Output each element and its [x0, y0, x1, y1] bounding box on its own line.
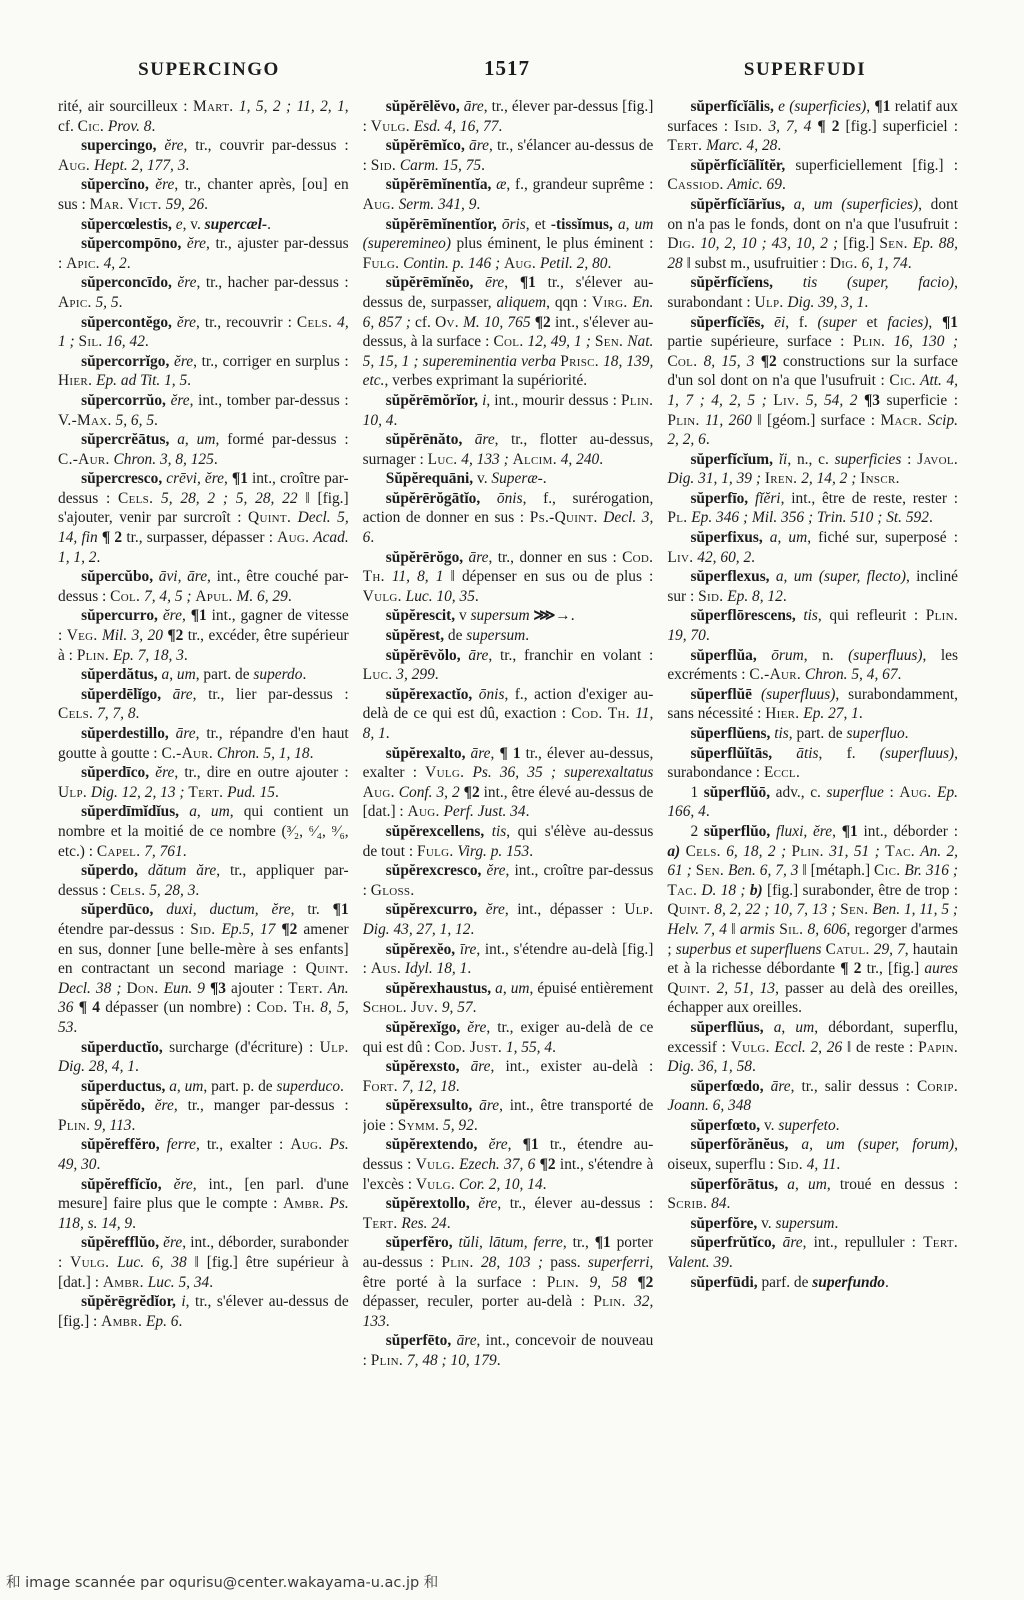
dictionary-entry: sŭperdīmĭdĭus, a, um, qui contient un no…	[58, 802, 349, 861]
dictionary-entry: 1 sŭperflŭō, adv., c. superflue : Aug. E…	[667, 783, 958, 822]
dictionary-entry: sŭpĕrexĕo, īre, int., s'étendre au-delà …	[363, 940, 654, 979]
dictionary-entry: sŭperfŏrănĕus, a, um (super, forum), ois…	[667, 1135, 958, 1174]
dictionary-entry: sŭpercresco, crēvi, ĕre, ¶1 int., croîtr…	[58, 469, 349, 567]
dictionary-entry: sŭpĕrexcurro, ĕre, int., dépasser : Ulp.…	[363, 900, 654, 939]
dictionary-entry: sŭpĕrērŏgo, āre, tr., donner en sus : Co…	[363, 548, 654, 607]
dictionary-entry: sŭperflōrescens, tis, qui refleurit : Pl…	[667, 606, 958, 645]
dictionary-entry: sŭpercrĕātus, a, um, formé par-dessus : …	[58, 430, 349, 469]
dictionary-entry: sŭperfēto, āre, int., concevoir de nouve…	[363, 1331, 654, 1370]
dictionary-entry: sŭpercĭno, ĕre, tr., chanter après, [ou]…	[58, 175, 349, 214]
dictionary-entry: sŭpĕrefflŭo, ĕre, int., déborder, surabo…	[58, 1233, 349, 1292]
dictionary-entry: sŭpĕrēnăto, āre, tr., flotter au-dessus,…	[363, 430, 654, 469]
dictionary-page: SUPERCINGO 1517 SUPERFUDI rité, air sour…	[0, 0, 1024, 1600]
guide-word-right: SUPERFUDI	[656, 59, 954, 81]
dictionary-entry: sŭperfĭcĭālis, e (superficies), ¶1 relat…	[667, 97, 958, 156]
column-right: sŭperfĭcĭālis, e (superficies), ¶1 relat…	[667, 97, 958, 1543]
dictionary-entry: sŭpĕrĕdo, ĕre, tr., manger par-dessus : …	[58, 1096, 349, 1135]
dictionary-entry: sŭpĕrexhaustus, a, um, épuisé entièremen…	[363, 979, 654, 1018]
dictionary-entry: sŭperfĭcĭum, ĭi, n., c. superficies : Ja…	[667, 450, 958, 489]
guide-word-left: SUPERCINGO	[60, 59, 358, 81]
dictionary-entry: sŭpĕrexcellens, tis, qui s'élève au-dess…	[363, 822, 654, 861]
dictionary-entry: sŭpĕrest, de supersum.	[363, 626, 654, 646]
dictionary-entry: sŭperflŭus, a, um, débordant, superflu, …	[667, 1018, 958, 1077]
dictionary-entry: sŭperfŏre, v. supersum.	[667, 1214, 958, 1234]
dictionary-entry: sŭpercurro, ĕre, ¶1 int., gagner de vite…	[58, 606, 349, 665]
column-center: sŭpĕrēlĕvo, āre, tr., élever par-dessus …	[363, 97, 654, 1543]
dictionary-entry: sŭpĕrēmĭnentĭor, ōris, et -tissĭmus, a, …	[363, 215, 654, 274]
dictionary-entry: sŭpĕrēmĭnentĭa, æ, f., grandeur suprême …	[363, 175, 654, 214]
dictionary-entry: sŭpĕrexsto, āre, int., exister au-delà :…	[363, 1057, 654, 1096]
scan-watermark: 和 image scannée par oqurisu@center.wakay…	[6, 1571, 438, 1592]
dictionary-entry: sŭperfŏrātus, a, um, troué en dessus : S…	[667, 1175, 958, 1214]
dictionary-entry: sŭperdūco, duxi, ductum, ĕre, tr. ¶1 éte…	[58, 900, 349, 1037]
dictionary-entry: sŭperfixus, a, um, fiché sur, superposé …	[667, 528, 958, 567]
column-left: rité, air sourcilleux : Mart. 1, 5, 2 ; …	[58, 97, 349, 1543]
dictionary-entry: sŭperfūdi, parf. de superfundo.	[667, 1273, 958, 1293]
dictionary-entry: sŭpĕrēlĕvo, āre, tr., élever par-dessus …	[363, 97, 654, 136]
dictionary-entry: sŭperfrŭtĭco, āre, int., repulluler : Te…	[667, 1233, 958, 1272]
dictionary-entry: sŭpĕrexalto, āre, ¶ 1 tr., élever au-des…	[363, 744, 654, 822]
dictionary-entry: sŭpĕrexĭgo, ĕre, tr., exiger au-delà de …	[363, 1018, 654, 1057]
text-columns: rité, air sourcilleux : Mart. 1, 5, 2 ; …	[0, 81, 1024, 1543]
dictionary-entry: sŭpĕrexactĭo, ōnis, f., action d'exiger …	[363, 685, 654, 744]
dictionary-entry: sŭpercorrĭgo, ĕre, tr., corriger en surp…	[58, 352, 349, 391]
dictionary-entry: sŭperflŭĭtās, ātis, f. (superfluus), sur…	[667, 744, 958, 783]
dictionary-entry: sŭpĕrfĭcĭālĭtĕr, superficiellement [fig.…	[667, 156, 958, 195]
page-number: 1517	[358, 56, 656, 81]
dictionary-entry: sŭpĕrērŏgātĭo, ōnis, f., surérogation, a…	[363, 489, 654, 548]
dictionary-entry: sŭpercontĕgo, ĕre, tr., recouvrir : Cels…	[58, 313, 349, 352]
dictionary-entry: sŭpĕrescit, v supersum ⋙→.	[363, 606, 654, 626]
dictionary-entry: sŭpercorrŭo, ĕre, int., tomber par-dessu…	[58, 391, 349, 430]
dictionary-entry: sŭpĕrextendo, ĕre, ¶1 tr., étendre au-de…	[363, 1135, 654, 1194]
dictionary-entry: sŭperdīco, ĕre, tr., dire en outre ajout…	[58, 763, 349, 802]
dictionary-entry: supercingo, ĕre, tr., couvrir par-dessus…	[58, 136, 349, 175]
dictionary-entry: sŭperfĭcĭēs, ēi, f. (super et facies), ¶…	[667, 313, 958, 450]
dictionary-entry: sŭpercŭbo, āvi, āre, int., être couché p…	[58, 567, 349, 606]
dictionary-entry: sŭperconcīdo, ĕre, tr., hacher par-dessu…	[58, 273, 349, 312]
dictionary-entry: sŭperfœdo, āre, tr., salir dessus : Cori…	[667, 1077, 958, 1116]
dictionary-entry: sŭpercœlestis, e, v. supercæl-.	[58, 215, 349, 235]
page-header: SUPERCINGO 1517 SUPERFUDI	[0, 0, 1024, 81]
dictionary-entry: sŭperdestillo, āre, tr., répandre d'en h…	[58, 724, 349, 763]
dictionary-entry: sŭpĕrēvŏlo, āre, tr., franchir en volant…	[363, 646, 654, 685]
dictionary-entry: 2 sŭperflŭo, fluxi, ĕre, ¶1 int., débord…	[667, 822, 958, 1018]
dictionary-entry: sŭpĕrēgrĕdĭor, i, tr., s'élever au-dessu…	[58, 1292, 349, 1331]
dictionary-entry: sŭperflŭa, ōrum, n. (superfluus), les ex…	[667, 646, 958, 685]
dictionary-entry: sŭperflŭens, tis, part. de superfluo.	[667, 724, 958, 744]
dictionary-entry: sŭpĕrēmŏrĭor, i, int., mourir dessus : P…	[363, 391, 654, 430]
dictionary-entry: sŭpĕrexsulto, āre, int., être transporté…	[363, 1096, 654, 1135]
dictionary-entry: sŭpercompōno, ĕre, tr., ajuster par-dess…	[58, 234, 349, 273]
entry-continuation: rité, air sourcilleux : Mart. 1, 5, 2 ; …	[58, 97, 349, 136]
dictionary-entry: sŭperdătus, a, um, part. de superdo.	[58, 665, 349, 685]
dictionary-entry: sŭperfœto, v. superfeto.	[667, 1116, 958, 1136]
dictionary-entry: sŭpĕrēmĭco, āre, tr., s'élancer au-dessu…	[363, 136, 654, 175]
dictionary-entry: sŭperfĕro, tŭli, lātum, ferre, tr., ¶1 p…	[363, 1233, 654, 1331]
dictionary-entry: sŭperflŭē (superfluus), surabondamment, …	[667, 685, 958, 724]
dictionary-entry: sŭpĕrextollo, ĕre, tr., élever au-dessus…	[363, 1194, 654, 1233]
dictionary-entry: sŭpĕreffĭcĭo, ĕre, int., [en parl. d'une…	[58, 1175, 349, 1234]
dictionary-entry: sŭpĕreffĕro, ferre, tr., exalter : Aug. …	[58, 1135, 349, 1174]
dictionary-entry: Sŭpĕrequāni, v. Superæ-.	[363, 469, 654, 489]
dictionary-entry: sŭperductus, a, um, part. p. de superduc…	[58, 1077, 349, 1097]
dictionary-entry: sŭpĕrēmĭnĕo, ēre, ¶1 tr., s'élever au-de…	[363, 273, 654, 391]
dictionary-entry: sŭperdēlĭgo, āre, tr., lier par-dessus :…	[58, 685, 349, 724]
dictionary-entry: sŭpĕrexcresco, ĕre, int., croître par-de…	[363, 861, 654, 900]
dictionary-entry: sŭperductĭo, surcharge (d'écriture) : Ul…	[58, 1038, 349, 1077]
dictionary-entry: sŭpĕrfĭcĭārĭus, a, um (superficies), don…	[667, 195, 958, 273]
dictionary-entry: sŭperflexus, a, um (super, flecto), incl…	[667, 567, 958, 606]
dictionary-entry: sŭpĕrfĭcĭens, tis (super, facio), surabo…	[667, 273, 958, 312]
dictionary-entry: sŭperdo, dătum ăre, tr., appliquer par-d…	[58, 861, 349, 900]
dictionary-entry: sŭperfīo, fĭĕri, int., être de reste, re…	[667, 489, 958, 528]
